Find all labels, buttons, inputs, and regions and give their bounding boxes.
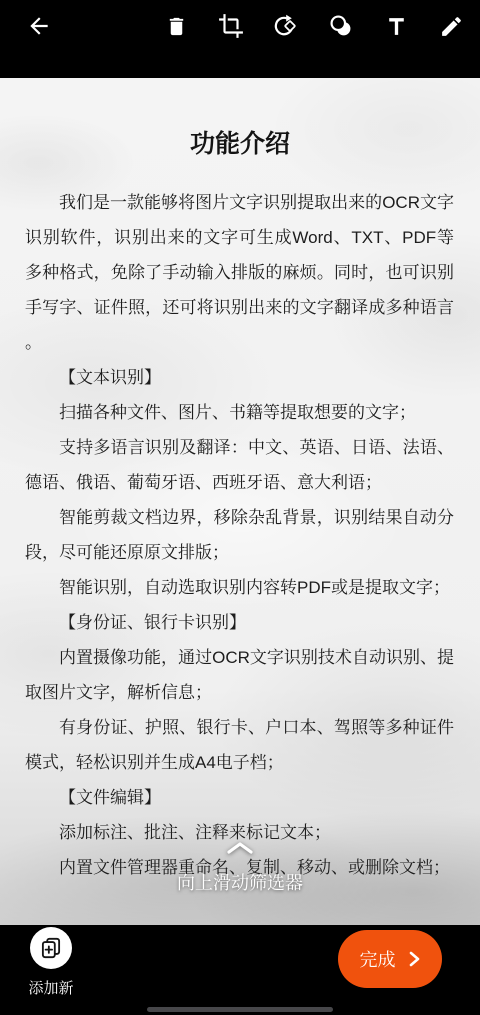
swipe-up-filter-handle[interactable]: 向上滑动筛选器 — [0, 840, 480, 894]
toolbar-actions — [163, 13, 464, 39]
text-tool-icon — [384, 14, 409, 39]
back-arrow-icon — [26, 13, 52, 39]
chevron-up-icon — [225, 840, 255, 855]
filter-circles-icon — [328, 13, 354, 40]
document-body: 我们是一款能够将图片文字识别提取出来的OCR文字识别软件，识别出来的文字可生成W… — [0, 185, 480, 885]
home-indicator[interactable] — [147, 1007, 333, 1012]
document-paragraph: 智能剪裁文档边界，移除杂乱背景，识别结果自动分段，尽可能还原原文排版； — [25, 500, 454, 570]
bottom-bar: 添加新 完成 — [0, 925, 480, 1015]
document-paragraph: 内置摄像功能，通过OCR文字识别技术自动识别、提取图片文字，解析信息； — [25, 640, 454, 710]
top-toolbar — [0, 0, 480, 78]
document-paragraph: 【文件编辑】 — [25, 780, 454, 815]
swipe-hint-label: 向上滑动筛选器 — [0, 872, 480, 894]
document-paragraph: 支持多语言识别及翻译：中文、英语、日语、法语、德语、俄语、葡萄牙语、西班牙语、意… — [25, 430, 454, 500]
add-text-button[interactable] — [383, 13, 409, 39]
document-paragraph: 【文本识别】 — [25, 360, 454, 395]
add-pages-icon — [38, 935, 64, 961]
filter-button[interactable] — [328, 13, 354, 39]
rotate-icon — [273, 13, 299, 39]
add-new-button[interactable]: 添加新 — [22, 927, 80, 998]
crop-button[interactable] — [218, 13, 244, 39]
done-label: 完成 — [360, 946, 396, 972]
document-paragraph: 扫描各种文件、图片、书籍等提取想要的文字； — [25, 395, 454, 430]
document-title: 功能介绍 — [0, 78, 480, 160]
pencil-icon — [439, 14, 464, 39]
document-paragraph: 【身份证、银行卡识别】 — [25, 605, 454, 640]
document-paragraph: 有身份证、护照、银行卡、户口本、驾照等多种证件模式，轻松识别并生成A4电子档； — [25, 710, 454, 780]
rotate-button[interactable] — [273, 13, 299, 39]
done-button[interactable]: 完成 — [338, 930, 442, 988]
document-paragraph: 我们是一款能够将图片文字识别提取出来的OCR文字识别软件，识别出来的文字可生成W… — [25, 185, 454, 360]
draw-button[interactable] — [438, 13, 464, 39]
back-button[interactable] — [26, 13, 52, 39]
chevron-right-icon — [407, 951, 421, 967]
trash-icon — [165, 15, 188, 38]
delete-button[interactable] — [163, 13, 189, 39]
crop-icon — [218, 13, 244, 39]
document-photo[interactable]: 功能介绍 我们是一款能够将图片文字识别提取出来的OCR文字识别软件，识别出来的文… — [0, 78, 480, 925]
document-paragraph: 智能识别，自动选取识别内容转PDF或是提取文字； — [25, 570, 454, 605]
add-new-circle — [30, 927, 72, 969]
add-new-label: 添加新 — [22, 977, 80, 998]
app-screen: 功能介绍 我们是一款能够将图片文字识别提取出来的OCR文字识别软件，识别出来的文… — [0, 0, 480, 1015]
